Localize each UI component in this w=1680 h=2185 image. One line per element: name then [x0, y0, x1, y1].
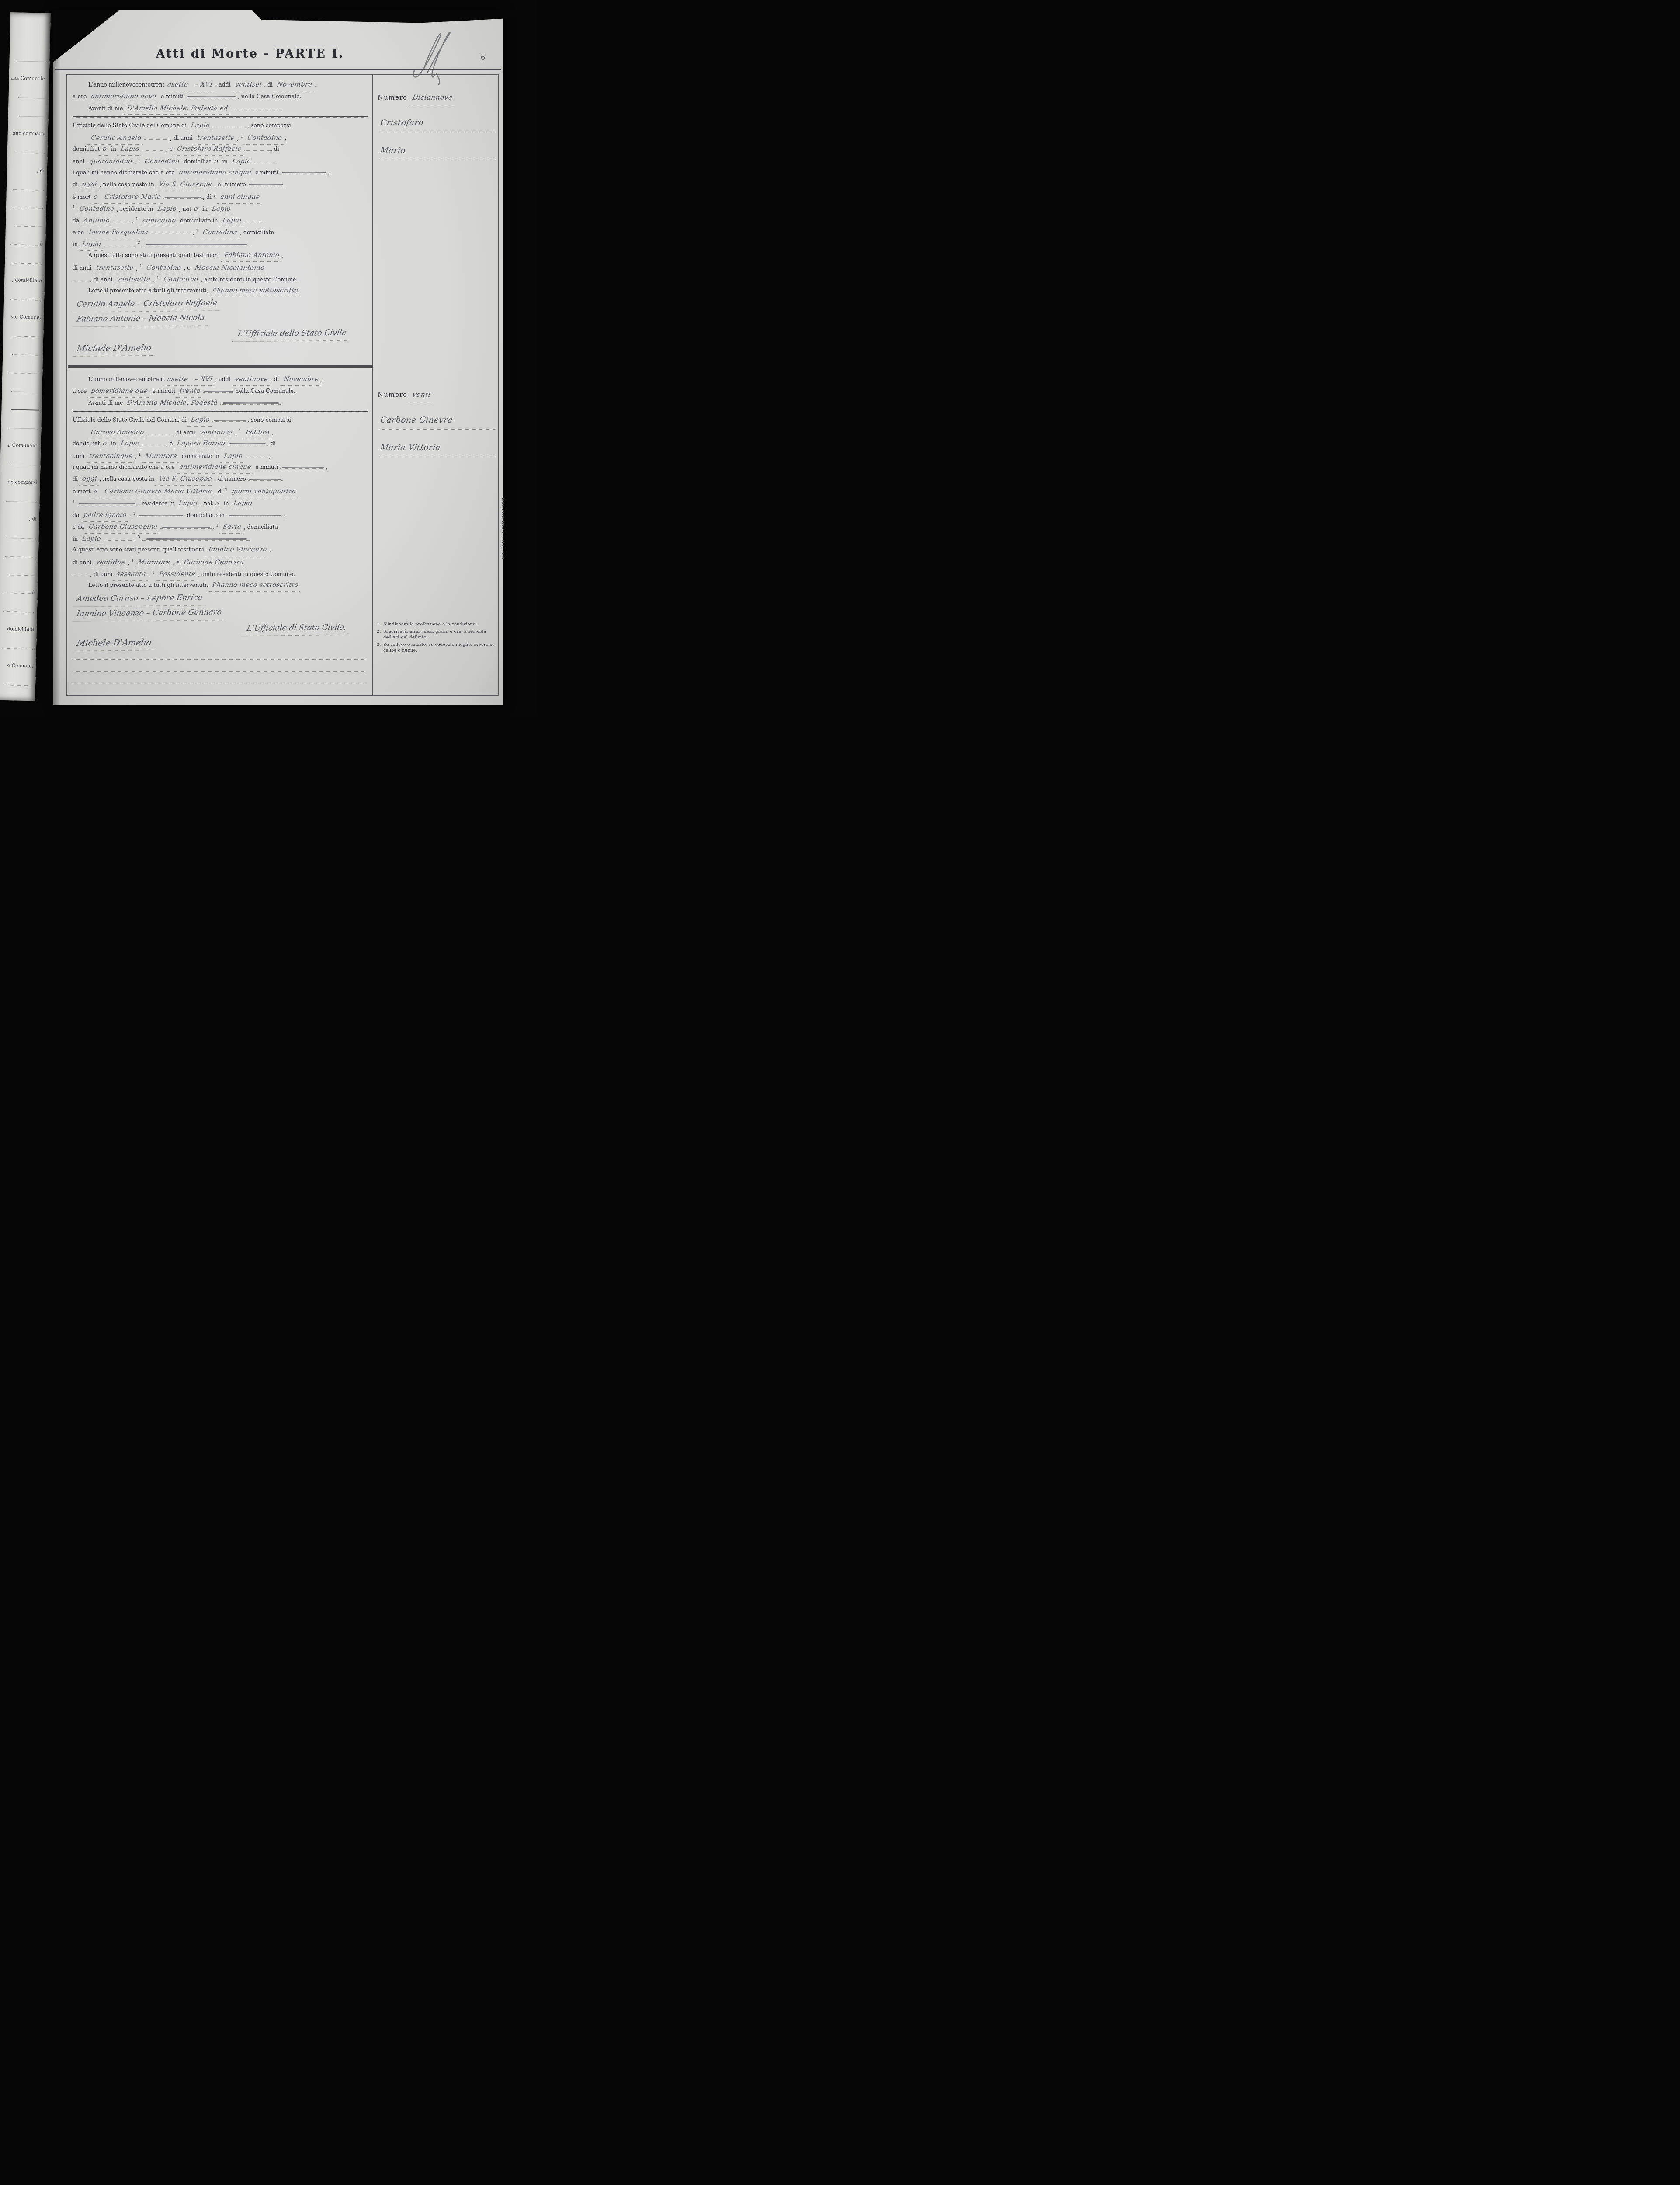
record-line: è morto Cristofaro Mario, di 2 anni cinq… [73, 190, 368, 202]
fill-blank-smudged [280, 168, 328, 174]
prev-page-fragment: sto Comune. [3, 308, 44, 327]
fragment-text: , [41, 205, 44, 210]
printed-text: , e [173, 559, 181, 565]
handwritten-text: Muratore [135, 557, 174, 569]
handwritten-text: ventinove [231, 374, 271, 386]
printed-text: da [73, 217, 81, 224]
fragment-dotted-line [11, 403, 39, 410]
footnote: 3.Se vedovo o marito, se vedova o moglie… [377, 642, 496, 654]
printed-text: , nella Casa Comunale. [238, 93, 302, 100]
footnote-text: S'indicherà la professione o la condizio… [383, 622, 477, 627]
handwritten-text: Mario [376, 142, 410, 160]
printed-text: Uffiziale dello Stato Civile del Comune … [73, 122, 188, 128]
handwritten-text: Maria Vittoria [376, 439, 444, 457]
fragment-dotted-line [7, 422, 35, 429]
printed-text: , [275, 158, 277, 165]
handwritten-text: l'hanno meco sottoscritto [209, 579, 302, 592]
fragment-text: ono comparsi [13, 130, 45, 137]
fill-blank [73, 569, 90, 576]
printed-text: domiciliat [73, 146, 100, 152]
handwritten-text: Carbone Ginevra [376, 412, 457, 429]
printed-text: da [73, 512, 81, 518]
prev-page-fragment [0, 454, 41, 474]
record-line: 1 , residente in Lapio, nata in Lapio [73, 496, 368, 508]
fragment-text: , [33, 534, 36, 540]
handwritten-text: Contadino [244, 132, 286, 145]
handwritten-text: Lapio [219, 215, 244, 227]
printed-text: , e [166, 440, 174, 447]
fragment-dotted-line [10, 238, 38, 245]
handwritten-text: Via S. Giuseppe [155, 473, 215, 486]
handwritten-text: antimeridiane nove [87, 91, 160, 103]
fill-blank [142, 144, 166, 151]
empty-dotted-line [73, 356, 368, 363]
printed-text: , [192, 229, 196, 236]
record-line: in Lapio, 3 [73, 237, 368, 249]
record-line: di oggi, nella casa posta in Via S. Gius… [73, 473, 368, 485]
fill-blank-smudged [163, 192, 203, 199]
prev-page-fragment [8, 87, 49, 107]
printed-text: , di anni [170, 135, 194, 141]
printed-text: , [261, 217, 263, 224]
handwritten-text: ventinove [196, 427, 236, 439]
prev-page-fragment: , [4, 289, 45, 309]
handwritten-text: Via S. Giuseppe [155, 179, 215, 191]
fragment-dotted-line [13, 201, 41, 208]
fragment-dotted-line [13, 183, 41, 190]
handwritten-text: Lapio [79, 533, 104, 545]
prev-page-fragment [0, 693, 35, 701]
printed-text: , nella casa posta in [100, 181, 156, 187]
prev-page-fragment [2, 381, 42, 400]
handwritten-text: Lapio [117, 438, 143, 450]
fill-blank-smudged [160, 522, 212, 529]
fragment-text: no comparsi [7, 479, 38, 486]
fragment-dotted-line [18, 91, 46, 98]
margin-numero-block-1: Numero DiciannoveCristofaroMario [378, 90, 495, 160]
footnote-number: 3. [377, 642, 381, 648]
printed-text: nella Casa Comunale. [233, 388, 295, 394]
record-line: di anni trentasette, 1 Contadino, e Mocc… [73, 261, 368, 273]
handwritten-text: padre ignoto [80, 510, 130, 522]
fill-blank [144, 133, 170, 140]
fill-blank [151, 228, 192, 234]
handwritten-text: Lapio [117, 143, 143, 156]
printed-text: a ore [73, 388, 88, 394]
printed-text: , nat [200, 500, 212, 506]
printed-text: , domiciliata [240, 229, 274, 236]
printed-text: 1 [216, 524, 219, 528]
printed-text: , sono comparsi [247, 122, 291, 128]
record-line: anni trentacinque, 1 Muratore domiciliat… [73, 449, 368, 461]
prev-page-fragment: , [0, 546, 38, 565]
binding-gutter-shadow [53, 10, 60, 705]
record-line: Cerullo Angelo, di anni trentasette, 1 C… [73, 131, 368, 143]
printed-text: , addì [215, 376, 232, 382]
handwritten-text: trentasette [193, 132, 238, 145]
printed-text: domiciliat [73, 440, 100, 447]
fragment-text: , [38, 296, 42, 302]
printed-text: 2 [213, 194, 216, 198]
handwritten-text: Lapio [220, 451, 246, 463]
footnote-text: Si scriverà: anni, mesi, giorni e ore, a… [383, 629, 486, 640]
record-line: L'anno millenovecentotrentasette – XVI, … [73, 373, 368, 385]
signature-line: L'Ufficiale di Stato Civile. [73, 621, 368, 635]
scan-canvas: ,asa Comunale.ono comparsi ,, di , , ò ,… [0, 0, 538, 715]
printed-text: A quest' atto sono stati presenti quali … [88, 252, 222, 258]
printed-text: 1 [196, 229, 198, 233]
handwritten-signature: Amedeo Caruso – Lepore Enrico [73, 590, 208, 607]
printed-text: , [149, 571, 152, 577]
printed-text: , di anni [173, 429, 197, 436]
torn-edge-top [252, 10, 538, 24]
handwritten-text: Novembre [274, 79, 316, 91]
printed-text: di anni [73, 264, 94, 271]
page-title: Atti di Morte - PARTE I. [80, 47, 420, 61]
fill-blank [253, 157, 275, 163]
handwritten-text: antimeridiane cinque [175, 461, 254, 474]
fill-blank-smudged [142, 534, 251, 541]
printed-text: domiciliato in [185, 512, 226, 518]
fragment-dotted-line [10, 293, 38, 300]
handwritten-text: Lapio [230, 498, 256, 510]
printed-text: 1 [239, 429, 241, 434]
printed-text: 1 [133, 512, 135, 516]
prev-page-fragment [3, 344, 43, 364]
death-record-1: L'anno millenovecentotrentasette – XVI, … [73, 79, 368, 363]
fragment-dotted-line [13, 330, 41, 337]
empty-dotted-line [73, 650, 368, 662]
printed-text: , [129, 512, 133, 518]
record-line: è morta Carbone Ginevra Maria Vittoria, … [73, 485, 368, 496]
fragment-text: ò [38, 241, 43, 246]
fill-blank [245, 451, 269, 458]
signature-line: Iannino Vincenzo – Carbone Gennaro [73, 606, 368, 621]
fragment-text: domiciliata [7, 626, 34, 632]
fill-blank [244, 144, 271, 151]
fragment-dotted-line [16, 55, 44, 62]
printed-text: , e [184, 264, 192, 271]
fill-blank-smudged [248, 180, 285, 186]
printed-text: e minuti [253, 169, 280, 176]
record-line: in Lapio, 3 [73, 532, 368, 544]
fill-blank [231, 104, 283, 110]
fragment-text: , [35, 424, 38, 430]
handwritten-text: oggi [79, 179, 101, 191]
handwritten-text: Lapio [208, 203, 234, 215]
handwritten-text: Lapio [187, 414, 213, 427]
numero-label: Numero [378, 94, 410, 101]
signature-line: Fabiano Antonio – Moccia Nicola [73, 311, 368, 326]
signature-line: Cerullo Angelo – Cristofaro Raffaele [73, 296, 368, 311]
printed-text: , di [264, 81, 274, 88]
handwritten-text: – XVI [191, 79, 216, 91]
fragment-dotted-line [4, 697, 32, 701]
margin-column-divider [372, 74, 373, 696]
printed-text: , di [267, 440, 276, 447]
record-line: di oggi, nella casa posta in Via S. Gius… [73, 178, 368, 190]
handwritten-text: giorni ventiquattro [228, 486, 299, 498]
fill-blank [73, 275, 90, 281]
printed-text: , di [203, 194, 213, 200]
fragment-text: o Comune. [7, 662, 33, 669]
handwritten-text: D'Amelio Michele, Podestà [124, 397, 221, 409]
fragment-dotted-line [3, 605, 31, 612]
handwritten-text: Possidente [155, 569, 198, 581]
prev-page-fragment: , [0, 601, 37, 621]
prev-page-fragment: , di [7, 161, 47, 180]
handwritten-text: Contadino [160, 274, 202, 286]
fill-blank-smudged [280, 462, 326, 469]
fill-blank-smudged [185, 92, 238, 98]
fill-blank-smudged [212, 415, 247, 422]
printed-text: in [73, 535, 80, 542]
printed-text: in [201, 205, 209, 212]
fragment-dotted-line [7, 569, 35, 576]
printed-text: , di anni [90, 276, 114, 283]
handwritten-text: ventidue [92, 557, 128, 569]
printed-text: 1 [152, 571, 155, 575]
record-line: , di anni sessanta, 1 Possidente, ambi r… [73, 567, 368, 579]
numero-row: Numero Diciannove [378, 90, 495, 105]
record-line: anni quarantadue, 1 Contadino domiciliat… [73, 155, 368, 166]
prev-page-fragment: , domiciliata [4, 271, 45, 290]
printed-text: , nat [179, 205, 191, 212]
record-line: Letto il presente atto a tutti gli inter… [73, 579, 368, 591]
fragment-text: , [42, 149, 45, 155]
printed-text: , di [271, 146, 279, 152]
handwritten-text: Carbone Ginevra Maria Vittoria [101, 486, 215, 498]
handwritten-text: Muratore [142, 451, 180, 463]
form-section-rule [73, 114, 368, 119]
handwritten-signature: Fabiano Antonio – Moccia Nicola [73, 310, 210, 327]
fragment-dotted-line [5, 550, 33, 557]
record-line: A quest' atto sono stati presenti quali … [73, 249, 368, 261]
records-separator [68, 365, 373, 368]
printed-text: domiciliato in [178, 217, 219, 224]
handwritten-text: – XVI [191, 374, 216, 386]
record-line: a ore antimeridiane nove e minuti , nell… [73, 90, 368, 102]
printed-text: , [212, 524, 216, 530]
record-line: Uffiziale dello Stato Civile del Comune … [73, 414, 368, 426]
fragment-text: , [41, 186, 44, 192]
printed-text: 1 [73, 500, 75, 504]
footnote: 2.Si scriverà: anni, mesi, giorni e ore,… [377, 629, 496, 641]
fragment-dotted-line [10, 458, 38, 465]
printed-text: , [134, 535, 138, 542]
handwritten-text: o [90, 191, 101, 204]
printed-text: in [73, 241, 80, 247]
prev-page-fragment: no comparsi [0, 473, 40, 492]
handwritten-text: a [212, 498, 223, 510]
handwritten-text: Cristofaro Mario [101, 191, 165, 204]
handwritten-text: Sarta [219, 521, 244, 534]
fragment-text: , [34, 498, 37, 503]
prev-page-fragment: o Comune. [0, 656, 36, 676]
numero-row: Numero venti [378, 387, 495, 402]
footnotes-block: 1.S'indicherà la professione o la condiz… [377, 621, 496, 655]
handwritten-text: Antonio [80, 215, 113, 227]
printed-text: , addì [215, 81, 232, 88]
printed-text: anni [73, 158, 87, 165]
prev-page-fragment: ò [0, 583, 38, 602]
prev-page-fragment: ò [5, 234, 46, 253]
printer-imprint: COLITTI - CAMPOBASSO [500, 456, 507, 600]
printed-text: , [269, 453, 271, 459]
margin-deceased-name: Carbone Ginevra [378, 412, 495, 430]
prev-page-fragment: . [2, 363, 43, 382]
record-line: Uffiziale dello Stato Civile del Comune … [73, 119, 368, 131]
printed-text: in [109, 440, 118, 447]
printed-text: 3 [138, 241, 140, 245]
margin-deceased-name: Cristofaro [378, 114, 495, 132]
footnote-text: Se vedovo o marito, se vedova o moglie, … [383, 642, 495, 653]
fill-blank [146, 428, 173, 434]
handwritten-text: Cristofaro Raffaele [174, 143, 245, 156]
printed-text: domiciliat [182, 158, 212, 165]
record-line: Avanti di me D'Amelio Michele, Podestà [73, 397, 368, 409]
fragment-dotted-line [14, 146, 42, 153]
record-line: , di anni ventisette, 1 Contadino, ambi … [73, 273, 368, 284]
numero-value-handwritten: venti [409, 387, 434, 402]
fragment-text: , [39, 260, 42, 265]
prev-page-fragment: , [1, 418, 42, 437]
empty-dotted-line [73, 674, 368, 686]
fragment-dotted-line [12, 348, 40, 355]
fragment-text: ò [31, 590, 35, 595]
handwritten-text: Carbone Gennaro [180, 557, 247, 569]
header-rule [55, 69, 501, 72]
handwritten-text: quarantadue [85, 156, 135, 168]
prev-page-fragment: , [9, 51, 50, 70]
fragment-dotted-line [3, 642, 31, 649]
printed-text: , e [166, 146, 174, 152]
fragment-dotted-line [5, 532, 33, 539]
printed-text: , sono comparsi [247, 416, 291, 423]
handwritten-text: o [210, 156, 222, 168]
record-line: L'anno millenovecentotrentasette – XVI, … [73, 79, 368, 90]
handwritten-text: o [99, 143, 111, 156]
handwritten-text: Carbone Giuseppina [85, 521, 161, 534]
prev-page-fragment: , [7, 142, 48, 162]
printed-text: L'anno millenovecentotrent [88, 81, 165, 88]
signature-line: Michele D'Amelio [73, 635, 368, 650]
fill-blank [104, 534, 134, 541]
handwritten-signature: Cerullo Angelo – Cristofaro Raffaele [73, 295, 223, 312]
fragment-dotted-line [5, 679, 33, 686]
handwritten-text: oggi [79, 473, 101, 486]
printed-text: in [109, 146, 118, 152]
record-line: Avanti di me D'Amelio Michele, Podestà e… [73, 102, 368, 114]
fill-blank [212, 121, 247, 127]
fragment-text: , di [29, 516, 37, 522]
printed-text: i quali mi hanno dichiarato che a ore [73, 464, 177, 470]
record-line: 1 Contadino, residente in Lapio, nato in… [73, 202, 368, 214]
handwritten-text: a [90, 486, 101, 498]
fragment-text: , [44, 58, 47, 63]
handwritten-text: Iovine Pasqualina [85, 227, 152, 239]
handwritten-text: Cerullo Angelo [87, 132, 145, 145]
printed-text: i quali mi hanno dichiarato che a ore [73, 169, 177, 176]
handwritten-signature: Iannino Vincenzo – Carbone Gennaro [73, 605, 227, 622]
fragment-text: , domiciliata [12, 277, 42, 284]
handwritten-text: Moccia Nicolantonio [191, 262, 268, 274]
record-line: e da Iovine Pasqualina, 1 Contadina, dom… [73, 225, 368, 237]
handwritten-text: trenta [176, 385, 204, 398]
handwritten-signature: Michele D'Amelio [73, 635, 157, 651]
printed-text: di [73, 181, 80, 187]
handwritten-text: Novembre [280, 374, 322, 386]
fragment-dotted-line [15, 220, 43, 227]
fill-blank [142, 439, 166, 445]
handwritten-text: asette [163, 79, 191, 91]
handwritten-text: Lapio [154, 203, 180, 215]
printed-text: , di anni [90, 571, 114, 577]
printed-text: e da [73, 229, 86, 236]
handwritten-text: D'Amelio Michele, Podestà ed [124, 103, 232, 115]
printed-text: , [326, 464, 328, 470]
page-number: 6 [481, 53, 485, 62]
printed-text: , [134, 241, 138, 247]
margin-deceased-name: Mario [378, 142, 495, 160]
handwritten-text: ventisette [113, 274, 154, 286]
printed-text: , al numero [215, 181, 248, 187]
fragment-text: a Comunale. [8, 442, 38, 449]
fill-blank-smudged [228, 439, 267, 445]
fill-blank-smudged [142, 239, 251, 246]
prev-page-fragment [3, 326, 44, 345]
handwritten-text: anni cinque [216, 191, 263, 204]
handwritten-text: ventisei [231, 79, 265, 91]
prev-page-fragment [5, 216, 46, 235]
prev-page-fragment: , [0, 491, 40, 510]
handwritten-text: Caruso Amedeo [87, 427, 148, 439]
prev-page-fragment: domiciliata [0, 620, 37, 639]
handwritten-signature: L'Ufficiale di Stato Civile. [241, 620, 352, 637]
printed-text: , ambi residenti in questo Comune. [198, 571, 295, 577]
footnote-number: 1. [377, 621, 381, 628]
printed-text: è mort [73, 194, 91, 200]
prev-page-fragment: a Comunale. [0, 436, 41, 455]
printed-text: A quest' atto sono stati presenti quali … [73, 546, 206, 553]
footnote: 1.S'indicherà la professione o la condiz… [377, 621, 496, 628]
printed-text: , nella casa posta in [100, 475, 156, 482]
margin-numero-block-2: Numero ventiCarbone GinevraMaria Vittori… [378, 387, 495, 457]
record-line: Letto il presente atto a tutti gli inter… [73, 284, 368, 296]
handwritten-text: Fabiano Antonio [220, 250, 282, 262]
printed-text: , [283, 512, 285, 518]
handwritten-text: Lapio [175, 498, 201, 510]
handwritten-text: asette [163, 374, 191, 386]
printed-text: , ambi residenti in questo Comune. [201, 276, 298, 283]
printed-text: L'anno millenovecentotrent [88, 376, 165, 382]
printed-text: Uffiziale dello Stato Civile del Comune … [73, 416, 188, 423]
margin-deceased-name: Maria Vittoria [378, 439, 495, 457]
printed-text: , domiciliata [244, 524, 278, 530]
prev-page-fragment [8, 106, 49, 125]
fill-blank-smudged [248, 474, 283, 481]
handwritten-text: Contadino [141, 156, 183, 168]
document-page: Atti di Morte - PARTE I. 6 L'anno millen… [53, 10, 503, 705]
numero-value-handwritten: Diciannove [409, 90, 456, 105]
printed-text: di [73, 475, 80, 482]
record-line: e da Carbone Giuseppina, 1 Sarta, domici… [73, 520, 368, 532]
signature-line: Amedeo Caruso – Lepore Enrico [73, 591, 368, 606]
fragment-dotted-line [18, 110, 46, 117]
signature-line: L'Ufficiale dello Stato Civile [73, 326, 368, 341]
fragment-text: , [33, 553, 36, 558]
fill-blank-smudged [77, 499, 138, 505]
